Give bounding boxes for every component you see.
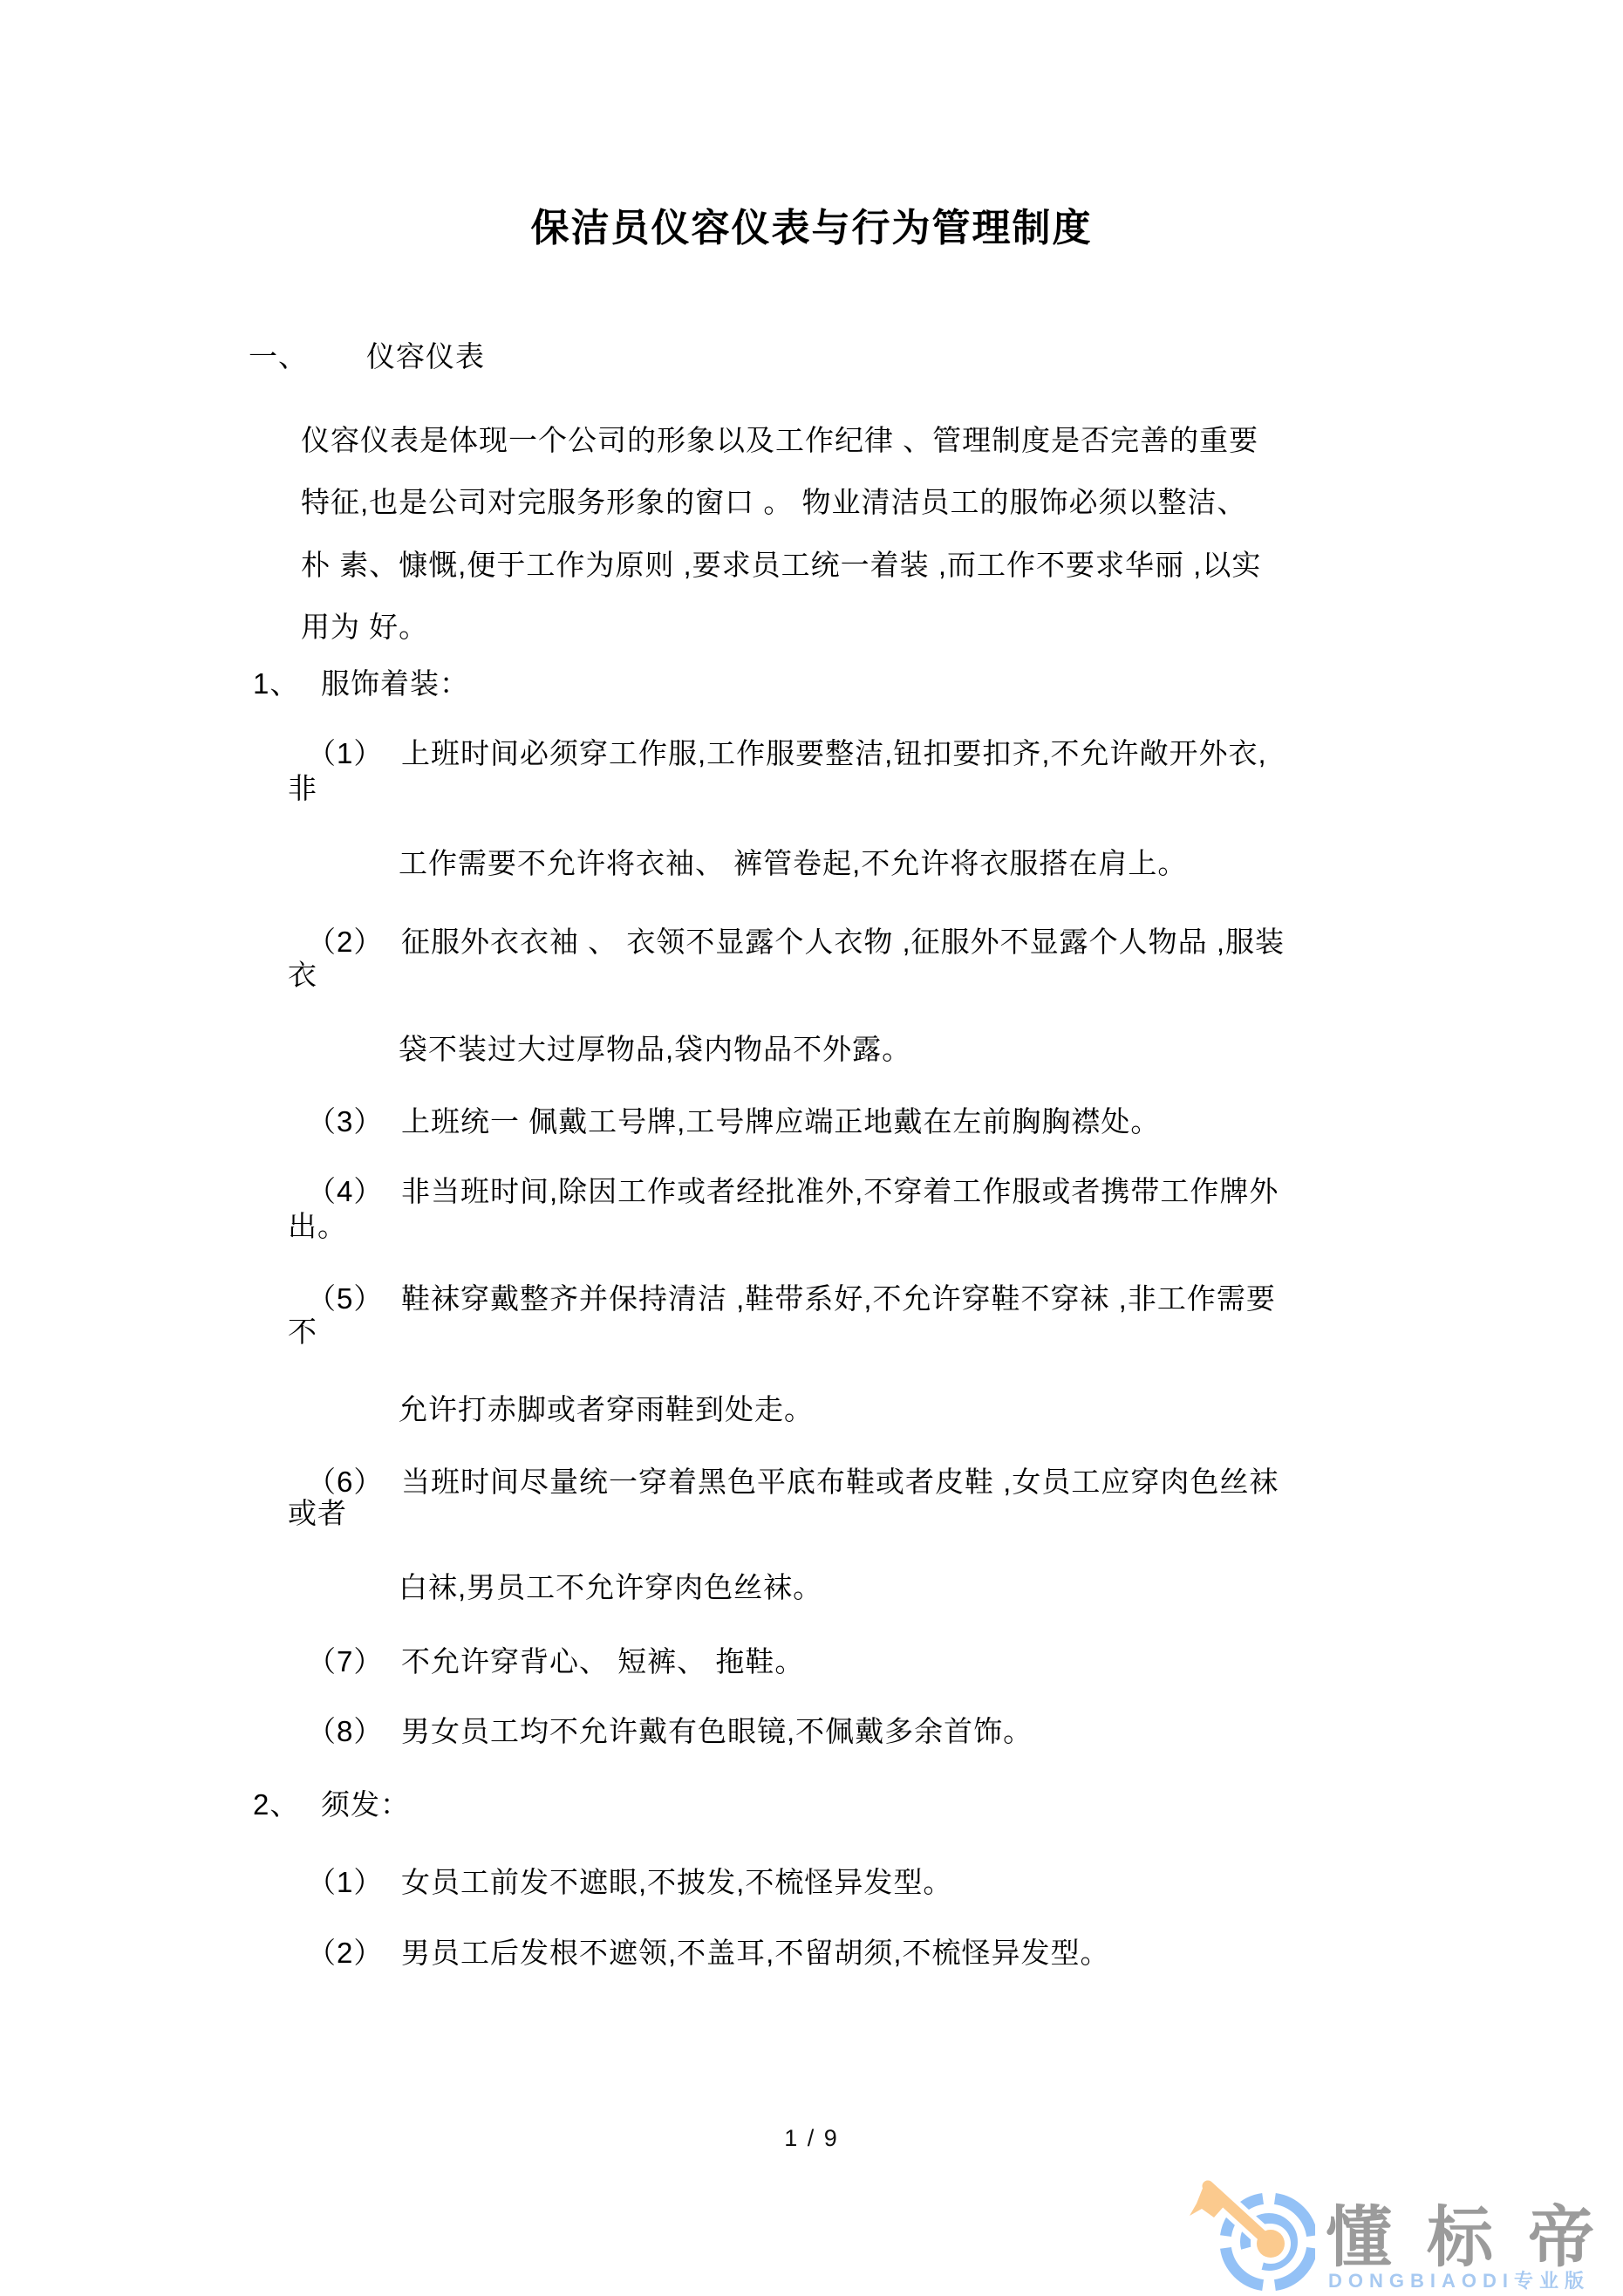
document-title: 保洁员仪容仪表与行为管理制度 (0, 196, 1623, 252)
continuation-line: 允许打赤脚或者穿雨鞋到处走。 (399, 1393, 814, 1426)
line-number-label: （2） (307, 1937, 401, 1970)
line-text: 仪容仪表 (366, 340, 485, 372)
wrapped-char: 非 (288, 772, 317, 805)
line-text: 服饰着装： (321, 667, 469, 700)
watermark-brand-text: 懂标帝 (1326, 2205, 1623, 2272)
line-text: 须发： (321, 1788, 410, 1821)
line-text: 征服外衣衣袖 、 衣领不显露个人衣物 ,征服外不显露个人物品 ,服装 (401, 926, 1285, 958)
line-number-label: （7） (307, 1645, 401, 1678)
numbered-item: （8）男女员工均不允许戴有色眼镜,不佩戴多余首饰。 (307, 1715, 1033, 1748)
numbered-item: （5）鞋袜穿戴整齐并保持清洁 ,鞋带系好,不允许穿鞋不穿袜 ,非工作需要 (307, 1282, 1276, 1315)
line-text: 特征,也是公司对完服务形象的窗口 。 物业清洁员工的服饰必须以整洁、 (301, 486, 1247, 518)
line-number-label: （1） (307, 1866, 401, 1899)
line-text: 白袜,男员工不允许穿肉色丝袜。 (399, 1571, 822, 1603)
line-text: 上班统一 佩戴工号牌,工号牌应端正地戴在左前胸胸襟处。 (401, 1105, 1160, 1138)
paragraph-line: 朴 素、慷慨,便于工作为原则 ,要求员工统一着装 ,而工作不要求华丽 ,以实 (301, 549, 1261, 582)
numbered-item: （1）上班时间必须穿工作服,工作服要整洁,钮扣要扣齐,不允许敞开外衣, (307, 737, 1267, 770)
numbered-item: （6）当班时间尽量统一穿着黑色平底布鞋或者皮鞋 ,女员工应穿肉色丝袜 (307, 1466, 1279, 1499)
line-number-label: 1、 (253, 667, 321, 700)
sub-heading: 2、须发： (253, 1788, 410, 1821)
numbered-item: （3）上班统一 佩戴工号牌,工号牌应端正地戴在左前胸胸襟处。 (307, 1105, 1160, 1138)
paragraph-line: 用为 好。 (301, 611, 428, 644)
wrapped-char: 衣 (288, 959, 317, 992)
line-text: 衣 (288, 959, 317, 991)
line-number-label: （6） (307, 1466, 401, 1499)
line-text: 不 (288, 1315, 317, 1348)
wrapped-char: 或者 (288, 1497, 347, 1530)
continuation-line: 白袜,男员工不允许穿肉色丝袜。 (399, 1571, 822, 1604)
paragraph-line: 仪容仪表是体现一个公司的形象以及工作纪律 、管理制度是否完善的重要 (301, 424, 1258, 457)
line-text: 工作需要不允许将衣袖、 裤管卷起,不允许将衣服搭在肩上。 (399, 847, 1187, 879)
continuation-line: 工作需要不允许将衣袖、 裤管卷起,不允许将衣服搭在肩上。 (399, 847, 1187, 880)
line-text: 非当班时间,除因工作或者经批准外,不穿着工作服或者携带工作牌外 (401, 1175, 1279, 1207)
numbered-item: （2）征服外衣衣袖 、 衣领不显露个人衣物 ,征服外不显露个人物品 ,服装 (307, 926, 1285, 959)
continuation-line: 袋不装过大过厚物品,袋内物品不外露。 (399, 1033, 911, 1066)
section-heading: 一、仪容仪表 (249, 340, 485, 373)
line-text: 仪容仪表是体现一个公司的形象以及工作纪律 、管理制度是否完善的重要 (301, 424, 1258, 456)
line-text: 允许打赤脚或者穿雨鞋到处走。 (399, 1393, 814, 1425)
numbered-item: （2）男员工后发根不遮领,不盖耳,不留胡须,不梳怪异发型。 (307, 1937, 1110, 1970)
line-text: 非 (288, 772, 317, 804)
line-text: 或者 (288, 1497, 347, 1529)
line-number-label: （2） (307, 926, 401, 959)
target-logo-icon (1184, 2177, 1315, 2296)
page-number: 1 / 9 (0, 2125, 1623, 2152)
line-number-label: （8） (307, 1715, 401, 1748)
line-number-label: （5） (307, 1282, 401, 1315)
numbered-item: （1）女员工前发不遮眼,不披发,不梳怪异发型。 (307, 1866, 952, 1899)
paragraph-line: 特征,也是公司对完服务形象的窗口 。 物业清洁员工的服饰必须以整洁、 (301, 486, 1247, 519)
line-text: 上班时间必须穿工作服,工作服要整洁,钮扣要扣齐,不允许敞开外衣, (401, 737, 1267, 769)
numbered-item: （7）不允许穿背心、 短裤、 拖鞋。 (307, 1645, 804, 1678)
line-text: 当班时间尽量统一穿着黑色平底布鞋或者皮鞋 ,女员工应穿肉色丝袜 (401, 1466, 1279, 1498)
watermark-subtext: DONGBIAODI专业版 (1328, 2272, 1590, 2291)
line-text: 鞋袜穿戴整齐并保持清洁 ,鞋带系好,不允许穿鞋不穿袜 ,非工作需要 (401, 1282, 1276, 1315)
wrapped-char: 不 (288, 1315, 317, 1349)
line-text: 袋不装过大过厚物品,袋内物品不外露。 (399, 1033, 911, 1065)
line-text: 女员工前发不遮眼,不披发,不梳怪异发型。 (401, 1866, 952, 1898)
line-number-label: （4） (307, 1175, 401, 1208)
line-text: 男员工后发根不遮领,不盖耳,不留胡须,不梳怪异发型。 (401, 1937, 1110, 1969)
line-text: 用为 好。 (301, 611, 428, 643)
watermark: 懂标帝 DONGBIAODI专业版 (1184, 2177, 1620, 2296)
sub-heading: 1、服饰着装： (253, 667, 469, 700)
line-number-label: 2、 (253, 1788, 321, 1821)
line-text: 男女员工均不允许戴有色眼镜,不佩戴多余首饰。 (401, 1715, 1033, 1747)
document-page: 保洁员仪容仪表与行为管理制度 一、仪容仪表仪容仪表是体现一个公司的形象以及工作纪… (0, 0, 1623, 2296)
line-number-label: （1） (307, 737, 401, 770)
line-text: 出。 (288, 1210, 347, 1242)
line-text: 不允许穿背心、 短裤、 拖鞋。 (401, 1645, 804, 1678)
line-number-label: 一、 (249, 340, 366, 373)
line-text: 朴 素、慷慨,便于工作为原则 ,要求员工统一着装 ,而工作不要求华丽 ,以实 (301, 549, 1261, 581)
line-number-label: （3） (307, 1105, 401, 1138)
wrapped-char: 出。 (288, 1210, 347, 1243)
numbered-item: （4）非当班时间,除因工作或者经批准外,不穿着工作服或者携带工作牌外 (307, 1175, 1279, 1208)
